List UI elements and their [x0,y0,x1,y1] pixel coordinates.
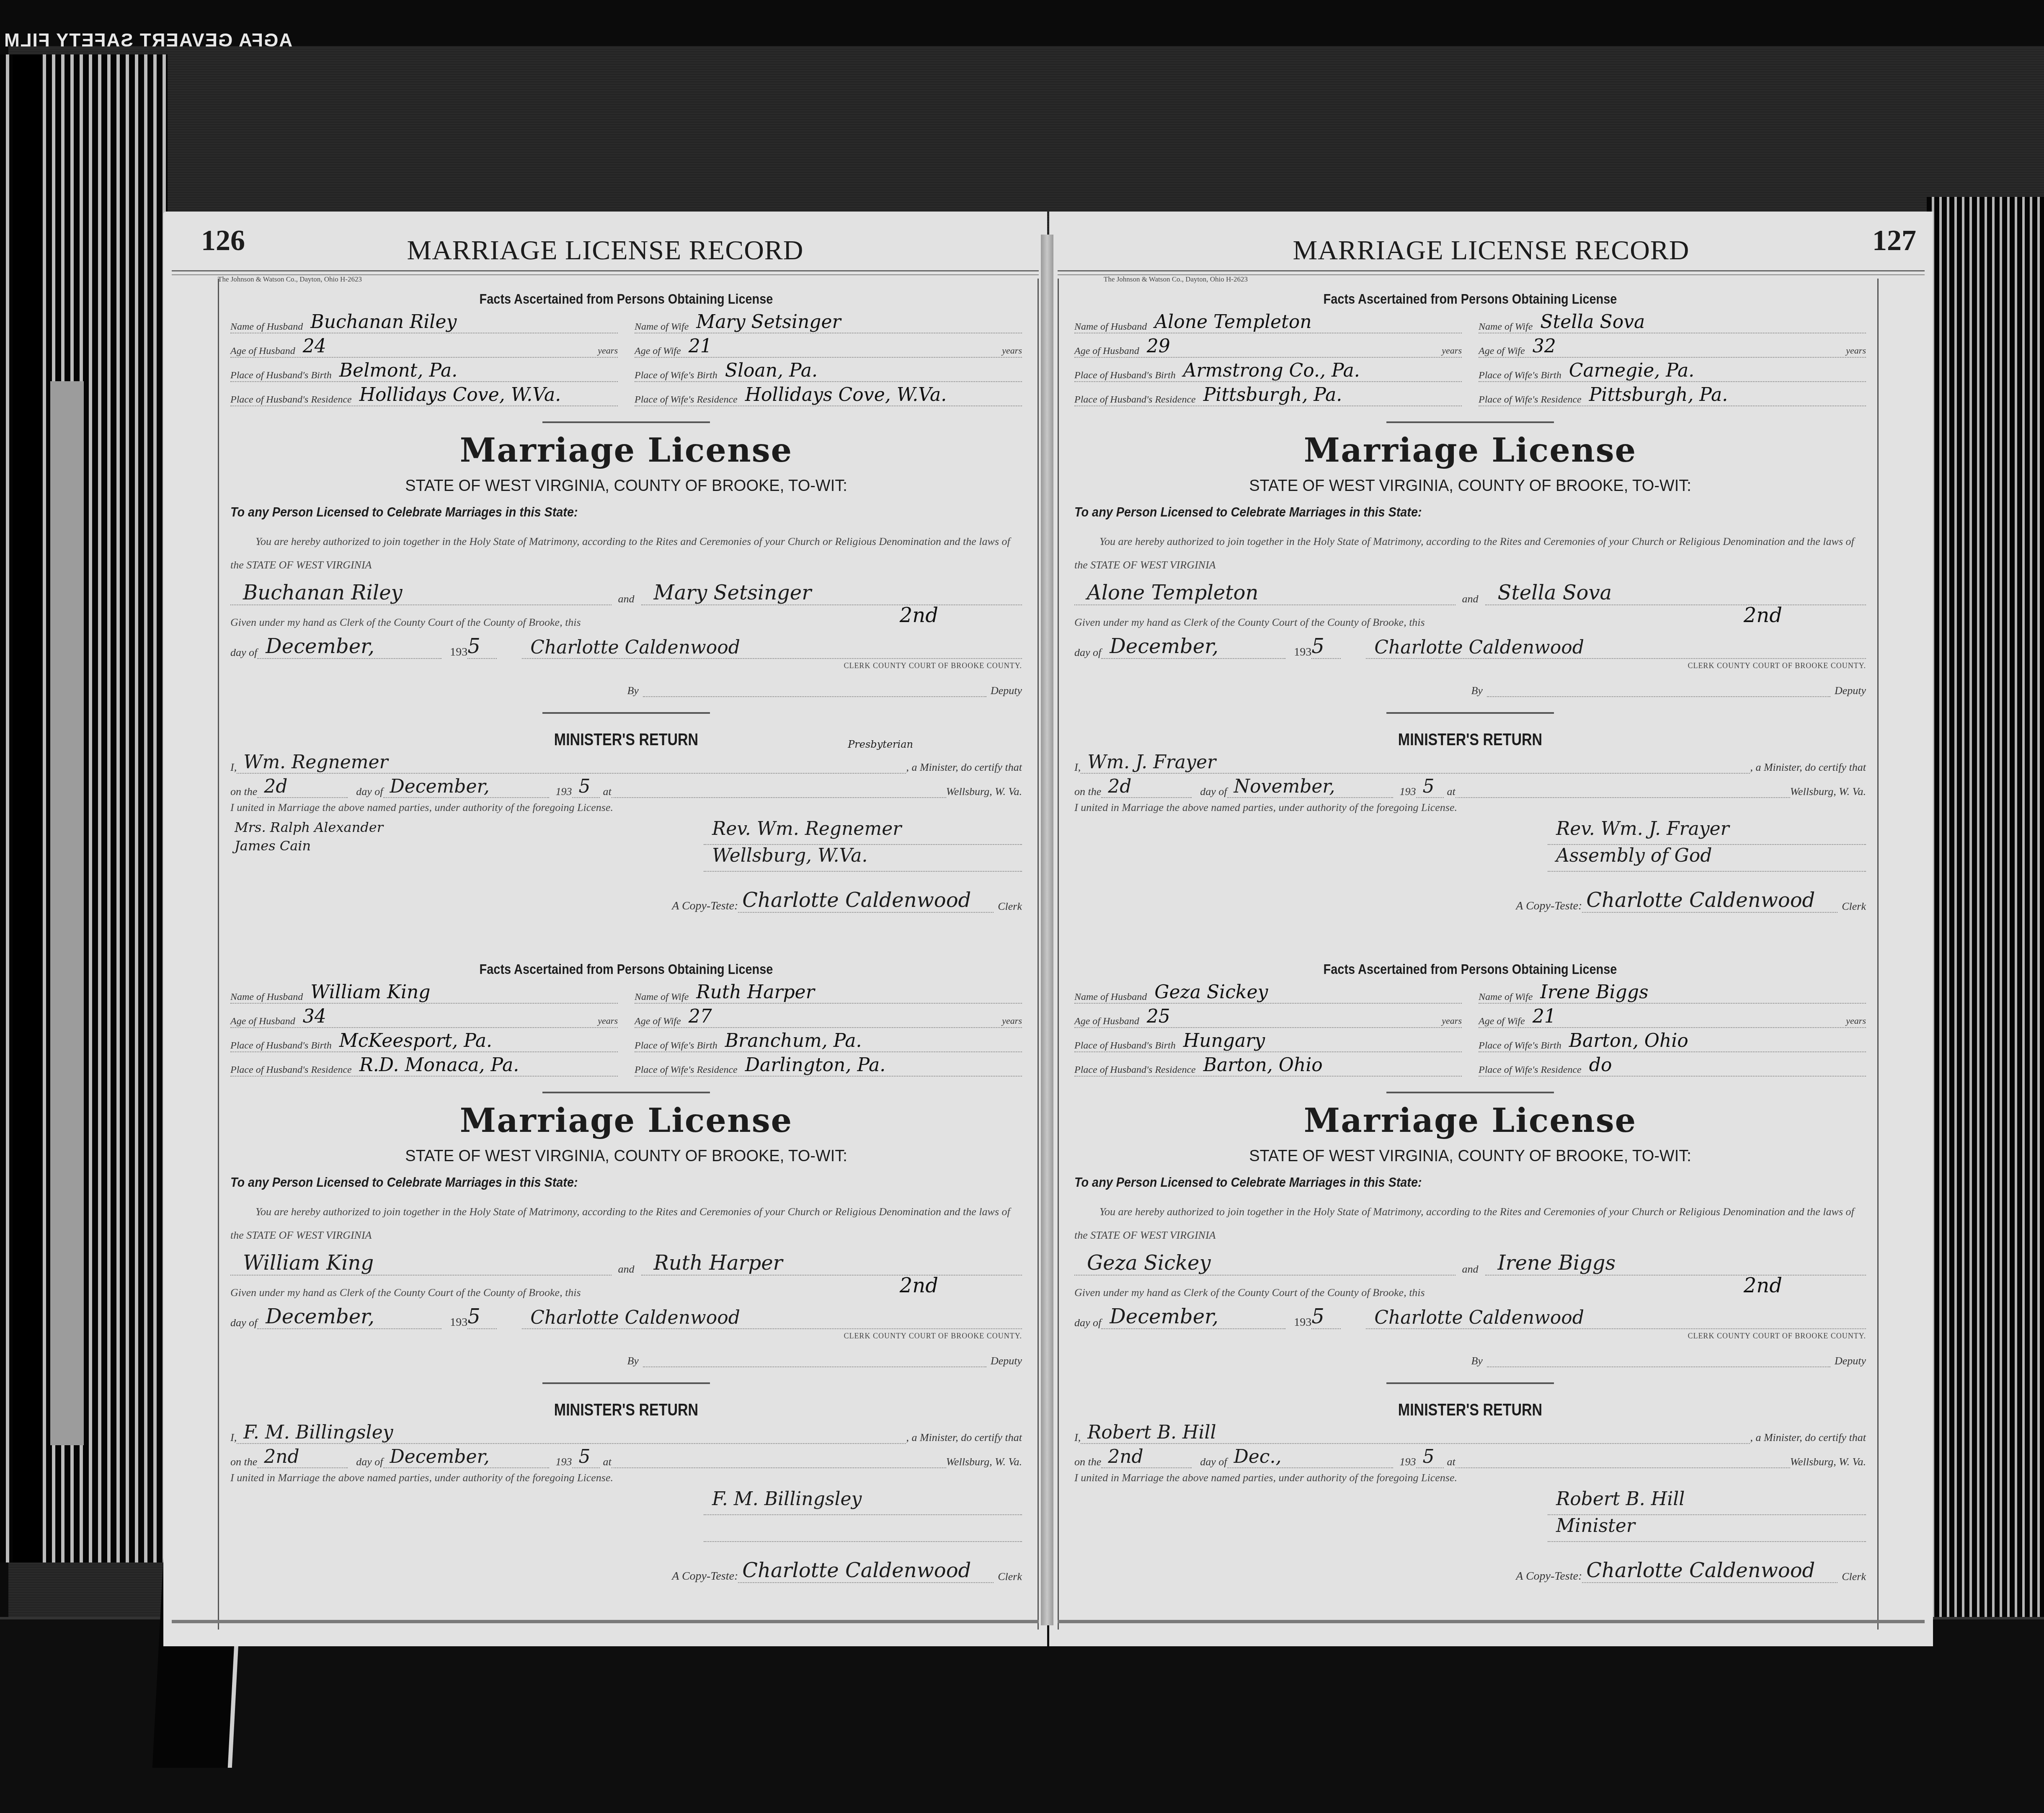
husband-birth-row: Place of Husband's BirthMcKeesport, Pa. [230,1030,618,1052]
left-page-edges [0,54,168,1562]
husband-age: 24 [303,336,326,357]
divider [1386,1092,1554,1093]
teste-signature: Charlotte Caldenwood [1582,1559,1838,1583]
license-title: Marriage License [1074,1102,1866,1140]
deputy-row: ByDeputy [1074,1355,1866,1367]
authorization-text: You are hereby authorized to join togeth… [1074,1200,1866,1247]
husband-age: 25 [1147,1006,1170,1027]
license-wife-name: Irene Biggs [1485,1251,1866,1276]
given-under-hand: Given under my hand as Clerk of the Coun… [1074,1286,1866,1299]
wife-age-row: Age of Wife21years [635,336,1022,358]
license-husband-name: Geza Sickey [1074,1251,1456,1276]
facts-grid: Name of HusbandGeza Sickey Name of WifeI… [1074,982,1866,1077]
ceremony-day: 2d [1101,776,1192,798]
husband-birthplace: Belmont, Pa. [339,360,458,381]
given-under-hand: Given under my hand as Clerk of the Coun… [230,1286,1022,1299]
divider [1386,1382,1554,1384]
license-wife-name: Stella Sova [1485,581,1866,605]
book-page-126: 126MARRIAGE LICENSE RECORDThe Johnson & … [163,212,1047,1646]
husband-birth-row: Place of Husband's BirthHungary [1074,1030,1462,1052]
signature-area: F. M. Billingsley [230,1488,1022,1542]
ceremony-month: December, [383,1446,549,1468]
wife-age: 21 [689,336,712,357]
couple-names-row: William King and Ruth Harper [230,1249,1022,1276]
minister-signature-line2: Assembly of God [1548,845,1866,872]
wife-residence-row: Place of Wife's ResidenceDarlington, Pa. [635,1055,1022,1077]
united-statement: I united in Marriage the above named par… [230,801,1022,814]
united-statement: I united in Marriage the above named par… [1074,801,1866,814]
minister-name: Wm. J. Frayer [1081,752,1750,774]
wife-residence: Pittsburgh, Pa. [1589,384,1728,405]
license-year-digit: 5 [467,1305,497,1329]
ceremony-day: 2nd [257,1446,348,1468]
divider [1386,712,1554,714]
state-county-line: STATE OF WEST VIRGINIA, COUNTY OF BROOKE… [230,1147,1022,1165]
husband-age-row: Age of Husband29years [1074,336,1462,358]
husband-birthplace: Armstrong Co., Pa. [1183,360,1360,381]
salutation: To any Person Licensed to Celebrate Marr… [1074,1175,1787,1190]
wife-birthplace: Carnegie, Pa. [1569,360,1694,381]
couple-names-row: Geza Sickey and Irene Biggs [1074,1249,1866,1276]
signature-area: Robert B. Hill Minister [1074,1488,1866,1542]
husband-name-row: Name of HusbandAlone Templeton [1074,312,1462,333]
ceremony-year-digit: 5 [1416,776,1444,798]
united-statement: I united in Marriage the above named par… [230,1472,1022,1484]
wife-birthplace: Branchum, Pa. [725,1030,862,1051]
clerk-title: CLERK COUNTY COURT OF BROOKE COUNTY. [230,661,1022,670]
husband-name: Buchanan Riley [310,311,457,333]
given-under-hand: Given under my hand as Clerk of the Coun… [1074,616,1866,629]
teste-signature: Charlotte Caldenwood [738,888,994,913]
wife-age: 27 [689,1006,712,1027]
husband-name-row: Name of HusbandBuchanan Riley [230,312,618,333]
wife-age: 32 [1533,336,1556,357]
minister-signature-line2: Wellsburg, W.Va. [704,845,1022,872]
license-title: Marriage License [230,1102,1022,1140]
ministers-return-heading: MINISTER'S RETURN [290,1401,963,1420]
license-month: December, [257,1305,441,1329]
husband-residence-row: Place of Husband's ResidenceHollidays Co… [230,385,618,406]
minister-row: I, Wm. J. Frayer , a Minister, do certif… [1074,749,1866,774]
minister-signature-block: Rev. Wm. J. Frayer Assembly of God [1548,818,1866,872]
deputy-row: ByDeputy [230,1355,1022,1367]
minister-signature-block: F. M. Billingsley [704,1488,1022,1542]
husband-residence: Pittsburgh, Pa. [1203,384,1342,405]
wife-age-row: Age of Wife27years [635,1006,1022,1028]
ceremony-place: Wellsburg, W. Va. [946,1456,1022,1468]
husband-name-row: Name of HusbandWilliam King [230,982,618,1004]
husband-birth-row: Place of Husband's BirthArmstrong Co., P… [1074,360,1462,382]
divider [542,712,710,714]
license-husband-name: William King [230,1251,612,1276]
wife-age-row: Age of Wife21years [1479,1006,1866,1028]
marriage-record: Facts Ascertained from Persons Obtaining… [230,961,1022,1632]
minister-row: I, F. M. Billingsley , a Minister, do ce… [230,1420,1022,1444]
ceremony-day: 2d [257,776,348,798]
minister-name: F. M. Billingsley [237,1422,906,1444]
film-bottom-strip [0,1617,2044,1813]
minister-row: I, Wm. Regnemer Presbyterian , a Ministe… [230,749,1022,774]
wife-name: Irene Biggs [1540,981,1648,1003]
copy-teste-row: A Copy-Teste: Charlotte Caldenwood Clerk [230,1559,1022,1583]
denomination: Presbyterian [848,739,913,750]
husband-residence-row: Place of Husband's ResidenceBarton, Ohio [1074,1055,1462,1077]
license-title: Marriage License [230,431,1022,470]
witness-list: Mrs. Ralph Alexander James Cain [235,818,383,855]
license-title: Marriage License [1074,431,1866,470]
wife-name: Mary Setsinger [696,311,841,333]
license-day: 2nd [900,1274,938,1297]
wife-birthplace: Sloan, Pa. [725,360,818,381]
ceremony-place: Wellsburg, W. Va. [1790,1456,1866,1468]
license-wife-name: Mary Setsinger [641,581,1022,605]
witness: Mrs. Ralph Alexander [235,818,383,837]
ceremony-date-row: on the 2d day of December, 193 5 at Well… [230,774,1022,798]
facts-grid: Name of HusbandAlone Templeton Name of W… [1074,312,1866,406]
wife-name-row: Name of WifeIrene Biggs [1479,982,1866,1004]
license-year-digit: 5 [467,635,497,659]
ceremony-month: November, [1227,776,1393,798]
state-county-line: STATE OF WEST VIRGINIA, COUNTY OF BROOKE… [1074,477,1866,495]
minister-signature: Robert B. Hill [1548,1488,1866,1515]
wife-name: Stella Sova [1540,311,1645,333]
couple-names-row: Buchanan Riley and Mary Setsinger [230,579,1022,605]
wife-age: 21 [1533,1006,1556,1027]
husband-name: Alone Templeton [1154,311,1311,333]
salutation: To any Person Licensed to Celebrate Marr… [230,504,943,520]
husband-birthplace: McKeesport, Pa. [339,1030,492,1051]
wife-residence-row: Place of Wife's ResidencePittsburgh, Pa. [1479,385,1866,406]
ceremony-date-row: on the 2d day of November, 193 5 at Well… [1074,774,1866,798]
husband-name: William King [310,981,430,1003]
ceremony-month: December, [383,776,549,798]
state-county-line: STATE OF WEST VIRGINIA, COUNTY OF BROOKE… [1074,1147,1866,1165]
wife-name-row: Name of WifeMary Setsinger [635,312,1022,333]
husband-name-row: Name of HusbandGeza Sickey [1074,982,1462,1004]
marriage-record: Facts Ascertained from Persons Obtaining… [230,291,1022,961]
husband-age-row: Age of Husband34years [230,1006,618,1028]
license-month: December, [1101,635,1285,659]
ceremony-month: Dec., [1227,1446,1393,1468]
minister-row: I, Robert B. Hill , a Minister, do certi… [1074,1420,1866,1444]
license-year-digit: 5 [1311,1305,1341,1329]
authorization-text: You are hereby authorized to join togeth… [1074,530,1866,577]
couple-names-row: Alone Templeton and Stella Sova [1074,579,1866,605]
wife-birth-row: Place of Wife's BirthCarnegie, Pa. [1479,360,1866,382]
license-date-row: day of December, 193 5 Charlotte Caldenw… [1074,1302,1866,1329]
book-page-127: 127MARRIAGE LICENSE RECORDThe Johnson & … [1049,212,1933,1646]
united-statement: I united in Marriage the above named par… [1074,1472,1866,1484]
wife-birthplace: Barton, Ohio [1569,1030,1688,1051]
copy-teste-row: A Copy-Teste: Charlotte Caldenwood Clerk [1074,888,1866,913]
clerk-title: CLERK COUNTY COURT OF BROOKE COUNTY. [230,1332,1022,1340]
wife-birth-row: Place of Wife's BirthSloan, Pa. [635,360,1022,382]
marriage-record: Facts Ascertained from Persons Obtaining… [1074,291,1866,961]
license-date-row: day of December, 193 5 Charlotte Caldenw… [230,1302,1022,1329]
license-wife-name: Ruth Harper [641,1251,1022,1276]
ceremony-year-digit: 5 [572,776,600,798]
wife-name-row: Name of WifeRuth Harper [635,982,1022,1004]
minister-name: Robert B. Hill [1081,1422,1750,1444]
facts-grid: Name of HusbandBuchanan Riley Name of Wi… [230,312,1022,406]
authorization-text: You are hereby authorized to join togeth… [230,530,1022,577]
state-county-line: STATE OF WEST VIRGINIA, COUNTY OF BROOKE… [230,477,1022,495]
wife-residence-row: Place of Wife's ResidenceHollidays Cove,… [635,385,1022,406]
ceremony-place: Wellsburg, W. Va. [946,785,1022,798]
ministers-return-heading: MINISTER'S RETURN [1134,731,1807,749]
divider [542,421,710,423]
wife-birth-row: Place of Wife's BirthBarton, Ohio [1479,1030,1866,1052]
marriage-record: Facts Ascertained from Persons Obtaining… [1074,961,1866,1632]
husband-residence-row: Place of Husband's ResidenceR.D. Monaca,… [230,1055,618,1077]
facts-heading: Facts Ascertained from Persons Obtaining… [1134,961,1807,978]
signature-area: Mrs. Ralph Alexander James Cain Rev. Wm.… [230,818,1022,872]
husband-residence: Barton, Ohio [1203,1054,1323,1076]
right-page-edges [1927,197,2044,1655]
wife-birth-row: Place of Wife's BirthBranchum, Pa. [635,1030,1022,1052]
ceremony-year-digit: 5 [572,1446,600,1468]
page-title: MARRIAGE LICENSE RECORD [163,235,1047,266]
given-under-hand: Given under my hand as Clerk of the Coun… [230,616,1022,629]
clerk-signature: Charlotte Caldenwood [1366,637,1866,659]
minister-signature: Rev. Wm. J. Frayer [1548,818,1866,845]
clerk-title: CLERK COUNTY COURT OF BROOKE COUNTY. [1074,1332,1866,1340]
facts-grid: Name of HusbandWilliam King Name of Wife… [230,982,1022,1077]
license-husband-name: Buchanan Riley [230,581,612,605]
clerk-title: CLERK COUNTY COURT OF BROOKE COUNTY. [1074,661,1866,670]
minister-signature-block: Robert B. Hill Minister [1548,1488,1866,1542]
wife-name-row: Name of WifeStella Sova [1479,312,1866,333]
husband-birthplace: Hungary [1183,1030,1265,1051]
ceremony-date-row: on the 2nd day of Dec., 193 5 at Wellsbu… [1074,1444,1866,1468]
clerk-signature: Charlotte Caldenwood [522,1307,1022,1329]
page-title: MARRIAGE LICENSE RECORD [1049,235,1933,266]
husband-age-row: Age of Husband24years [230,336,618,358]
wife-name: Ruth Harper [696,981,814,1003]
minister-signature: F. M. Billingsley [704,1488,1022,1515]
license-date-row: day of December, 193 5 Charlotte Caldenw… [1074,631,1866,659]
deputy-row: ByDeputy [230,684,1022,697]
wife-residence: Hollidays Cove, W.Va. [745,384,947,405]
facts-heading: Facts Ascertained from Persons Obtaining… [290,961,963,978]
witness: James Cain [235,837,383,855]
husband-birth-row: Place of Husband's BirthBelmont, Pa. [230,360,618,382]
husband-residence-row: Place of Husband's ResidencePittsburgh, … [1074,385,1462,406]
minister-signature: Rev. Wm. Regnemer [704,818,1022,845]
signature-area: Rev. Wm. J. Frayer Assembly of God [1074,818,1866,872]
husband-age-row: Age of Husband25years [1074,1006,1462,1028]
wife-residence: do [1589,1054,1612,1076]
ceremony-year-digit: 5 [1416,1446,1444,1468]
salutation: To any Person Licensed to Celebrate Marr… [1074,504,1787,520]
husband-name: Geza Sickey [1154,981,1268,1003]
minister-name: Wm. Regnemer [237,752,906,774]
ministers-return-heading: MINISTER'S RETURN [1134,1401,1807,1420]
license-husband-name: Alone Templeton [1074,581,1456,605]
husband-residence: Hollidays Cove, W.Va. [359,384,561,405]
minister-signature-line2 [704,1515,1022,1542]
minister-signature-block: Rev. Wm. Regnemer Wellsburg, W.Va. [704,818,1022,872]
clerk-signature: Charlotte Caldenwood [1366,1307,1866,1329]
copy-teste-row: A Copy-Teste: Charlotte Caldenwood Clerk [230,888,1022,913]
facts-heading: Facts Ascertained from Persons Obtaining… [1134,291,1807,307]
copy-teste-row: A Copy-Teste: Charlotte Caldenwood Clerk [1074,1559,1866,1583]
license-date-row: day of December, 193 5 Charlotte Caldenw… [230,631,1022,659]
license-month: December, [1101,1305,1285,1329]
wife-residence: Darlington, Pa. [745,1054,886,1076]
husband-age: 34 [303,1006,326,1027]
ceremony-place: Wellsburg, W. Va. [1790,785,1866,798]
license-day: 2nd [900,604,938,627]
license-year-digit: 5 [1311,635,1341,659]
license-day: 2nd [1744,1274,1782,1297]
book-gutter [1041,235,1053,1625]
license-day: 2nd [1744,604,1782,627]
film-edge-label: AGFA GEVAERT SAFETY FILM [3,30,292,51]
license-month: December, [257,635,441,659]
husband-age: 29 [1147,336,1170,357]
husband-residence: R.D. Monaca, Pa. [359,1054,519,1076]
ceremony-date-row: on the 2nd day of December, 193 5 at Wel… [230,1444,1022,1468]
authorization-text: You are hereby authorized to join togeth… [230,1200,1022,1247]
clerk-signature: Charlotte Caldenwood [522,637,1022,659]
teste-signature: Charlotte Caldenwood [1582,888,1838,913]
divider [542,1092,710,1093]
facts-heading: Facts Ascertained from Persons Obtaining… [290,291,963,307]
ceremony-day: 2nd [1101,1446,1192,1468]
salutation: To any Person Licensed to Celebrate Marr… [230,1175,943,1190]
divider [1386,421,1554,423]
minister-signature-line2: Minister [1548,1515,1866,1542]
divider [542,1382,710,1384]
wife-age-row: Age of Wife32years [1479,336,1866,358]
teste-signature: Charlotte Caldenwood [738,1559,994,1583]
wife-residence-row: Place of Wife's Residencedo [1479,1055,1866,1077]
deputy-row: ByDeputy [1074,684,1866,697]
